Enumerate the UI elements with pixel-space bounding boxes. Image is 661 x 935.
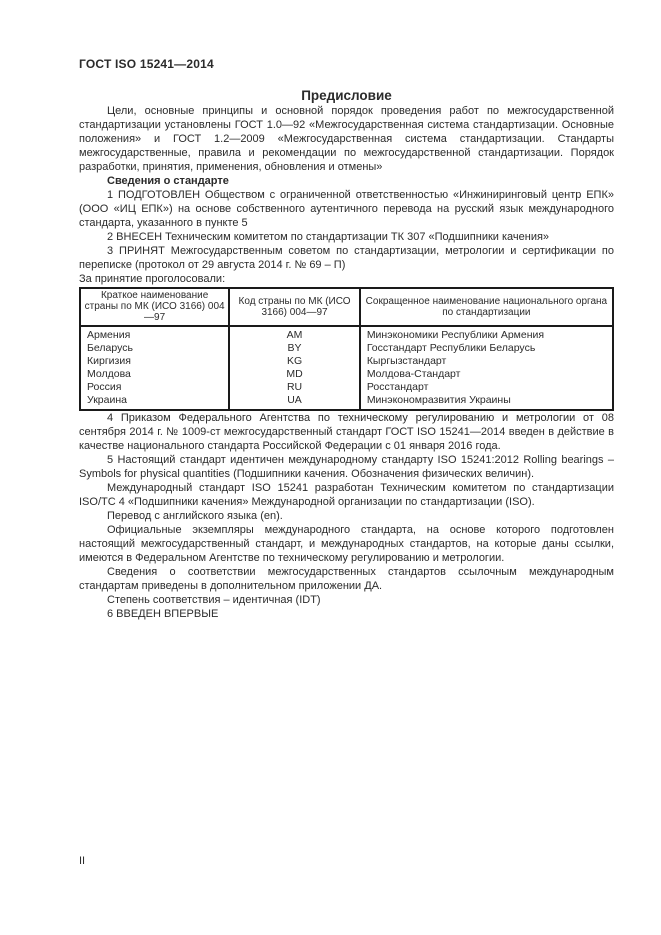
clause-4-order: 4 Приказом Федерального Агентства по тех…: [79, 411, 614, 453]
header-cell-country-code: Код страны по МК (ИСО 3166) 004—97: [229, 288, 360, 326]
table-cell-org: Минэкономики Республики Армения: [360, 326, 613, 342]
clause-5-official-copies: Официальные экземпляры международного ст…: [79, 523, 614, 565]
standard-info-heading: Сведения о стандарте: [79, 174, 614, 188]
page-number: II: [79, 854, 85, 868]
table-row: Армения AM Минэкономики Республики Армен…: [80, 326, 613, 342]
table-cell-org: Минэкономразвития Украины: [360, 394, 613, 410]
vote-table-header-row: Краткое наименование страны по МК (ИСО 3…: [80, 288, 613, 326]
table-row: Молдова MD Молдова-Стандарт: [80, 368, 613, 381]
clause-5-developer: Международный стандарт ISO 15241 разрабо…: [79, 481, 614, 509]
table-row: Украина UA Минэкономразвития Украины: [80, 394, 613, 410]
clause-6-first-edition: 6 ВВЕДЕН ВПЕРВЫЕ: [79, 607, 614, 621]
clause-5-conformity-degree: Степень соответствия – идентичная (IDT): [79, 593, 614, 607]
table-cell-country: Киргизия: [80, 355, 229, 368]
table-cell-country: Украина: [80, 394, 229, 410]
page-title: Предисловие: [79, 87, 614, 104]
clause-5-translation: Перевод с английского языка (en).: [79, 509, 614, 523]
clause-5-identity: 5 Настоящий стандарт идентичен междунаро…: [79, 453, 614, 481]
table-cell-country: Россия: [80, 381, 229, 394]
table-cell-org: Молдова-Стандарт: [360, 368, 613, 381]
table-row: Россия RU Росстандарт: [80, 381, 613, 394]
header-cell-country-name: Краткое наименование страны по МК (ИСО 3…: [80, 288, 229, 326]
table-cell-code: RU: [229, 381, 360, 394]
table-cell-country: Армения: [80, 326, 229, 342]
table-cell-country: Молдова: [80, 368, 229, 381]
clause-5-correspondence: Сведения о соответствии межгосударственн…: [79, 565, 614, 593]
vote-caption: За принятие проголосовали:: [79, 272, 614, 286]
clause-3-adopted: 3 ПРИНЯТ Межгосударственным советом по с…: [79, 244, 614, 272]
clause-2-submitted: 2 ВНЕСЕН Техническим комитетом по станда…: [79, 230, 614, 244]
clause-1-prepared: 1 ПОДГОТОВЛЕН Обществом с ограниченной о…: [79, 188, 614, 230]
table-cell-org: Росстандарт: [360, 381, 613, 394]
preface-intro: Цели, основные принципы и основной поряд…: [79, 104, 614, 174]
table-row: Киргизия KG Кыргызстандарт: [80, 355, 613, 368]
table-cell-org: Кыргызстандарт: [360, 355, 613, 368]
table-cell-org: Госстандарт Республики Беларусь: [360, 342, 613, 355]
table-cell-code: BY: [229, 342, 360, 355]
table-row: Беларусь BY Госстандарт Республики Белар…: [80, 342, 613, 355]
table-cell-code: AM: [229, 326, 360, 342]
vote-table: Краткое наименование страны по МК (ИСО 3…: [79, 287, 614, 411]
header-cell-national-body: Сокращенное наименование национального о…: [360, 288, 613, 326]
doc-code: ГОСТ ISO 15241—2014: [79, 57, 614, 71]
table-cell-code: KG: [229, 355, 360, 368]
table-cell-code: UA: [229, 394, 360, 410]
table-cell-code: MD: [229, 368, 360, 381]
table-cell-country: Беларусь: [80, 342, 229, 355]
document-page: ГОСТ ISO 15241—2014 Предисловие Цели, ос…: [0, 0, 661, 935]
